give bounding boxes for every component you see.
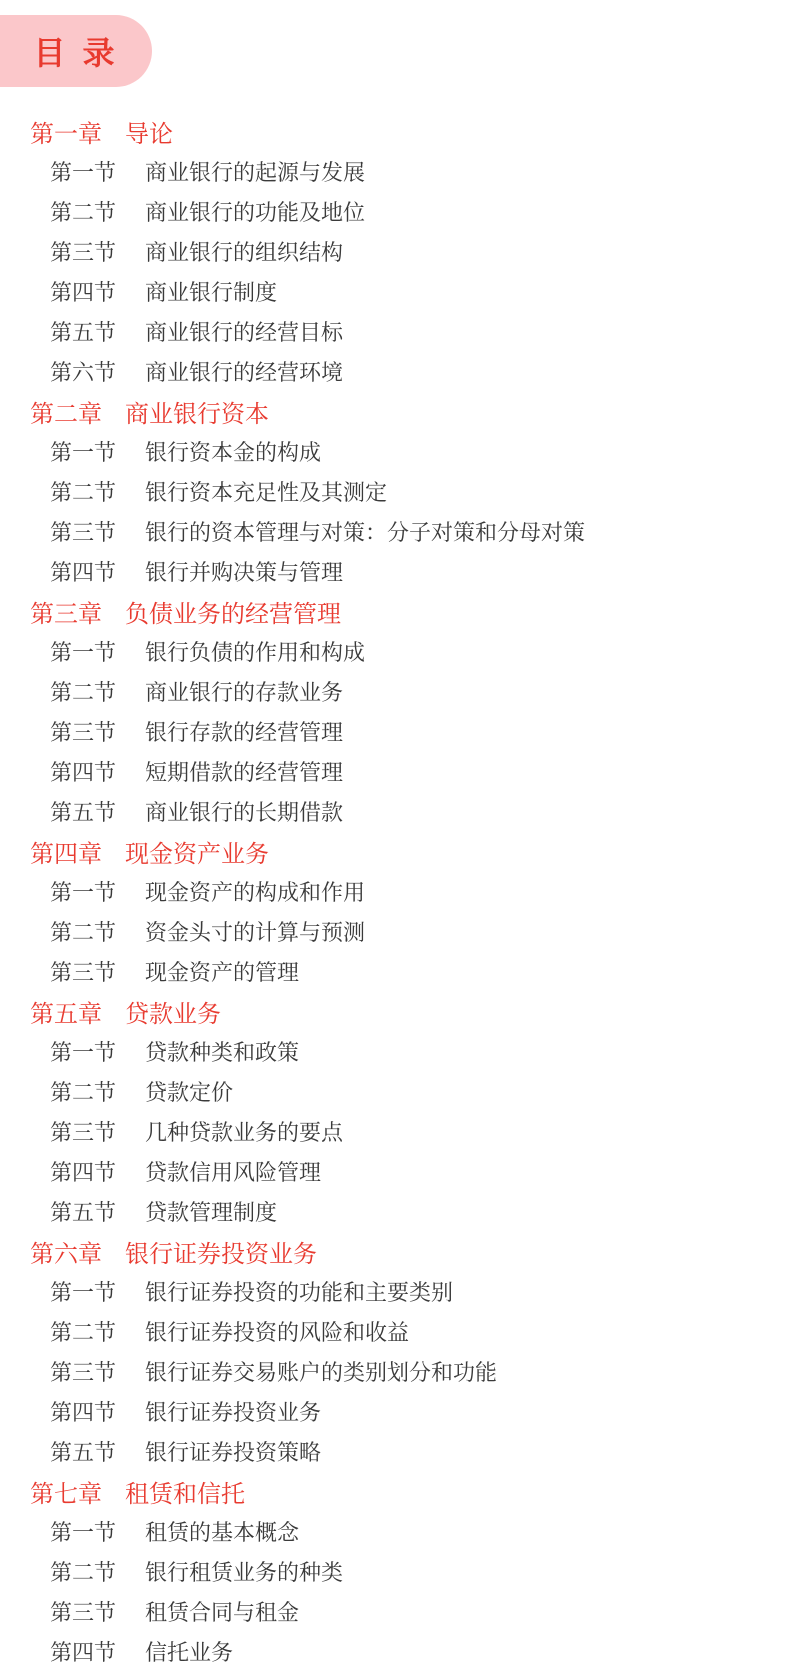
section-label: 第六节 [50, 356, 145, 387]
section-label: 第四节 [50, 1156, 145, 1187]
section-label: 第四节 [50, 1636, 145, 1667]
section-row[interactable]: 第二节资金头寸的计算与预测 [0, 911, 790, 951]
section-title: 贷款管理制度 [145, 1196, 277, 1227]
section-row[interactable]: 第三节商业银行的组织结构 [0, 231, 790, 271]
section-row[interactable]: 第二节商业银行的功能及地位 [0, 191, 790, 231]
chapter-label: 第三章 [30, 594, 125, 629]
section-row[interactable]: 第一节银行资本金的构成 [0, 431, 790, 471]
chapter-title: 租赁和信托 [125, 1474, 245, 1509]
section-row[interactable]: 第五节商业银行的长期借款 [0, 791, 790, 831]
section-label: 第四节 [50, 276, 145, 307]
section-row[interactable]: 第二节贷款定价 [0, 1071, 790, 1111]
section-label: 第三节 [50, 1356, 145, 1387]
section-label: 第五节 [50, 796, 145, 827]
section-label: 第一节 [50, 1516, 145, 1547]
section-label: 第三节 [50, 956, 145, 987]
toc-title-badge: 目 录 [0, 15, 152, 87]
section-label: 第二节 [50, 1316, 145, 1347]
chapter-label: 第七章 [30, 1474, 125, 1509]
section-row[interactable]: 第一节银行负债的作用和构成 [0, 631, 790, 671]
section-title: 银行资本金的构成 [145, 436, 321, 467]
section-label: 第一节 [50, 156, 145, 187]
section-label: 第二节 [50, 676, 145, 707]
chapter-row[interactable]: 第五章贷款业务 [0, 991, 790, 1031]
section-row[interactable]: 第二节银行资本充足性及其测定 [0, 471, 790, 511]
section-title: 贷款定价 [145, 1076, 233, 1107]
section-label: 第五节 [50, 316, 145, 347]
section-title: 银行证券投资的风险和收益 [145, 1316, 409, 1347]
section-label: 第四节 [50, 756, 145, 787]
section-title: 租赁的基本概念 [145, 1516, 299, 1547]
chapter-row[interactable]: 第六章银行证券投资业务 [0, 1231, 790, 1271]
section-row[interactable]: 第三节租赁合同与租金 [0, 1591, 790, 1631]
chapter-title: 商业银行资本 [125, 394, 269, 429]
toc-page: { "header": { "badge_label": "目 录" }, "c… [0, 0, 790, 1673]
section-label: 第一节 [50, 636, 145, 667]
section-label: 第五节 [50, 1196, 145, 1227]
section-title: 银行证券投资业务 [145, 1396, 321, 1427]
section-label: 第二节 [50, 1556, 145, 1587]
section-title: 银行资本充足性及其测定 [145, 476, 387, 507]
section-row[interactable]: 第二节银行租赁业务的种类 [0, 1551, 790, 1591]
section-label: 第一节 [50, 436, 145, 467]
section-title: 银行证券投资的功能和主要类别 [145, 1276, 453, 1307]
section-row[interactable]: 第五节商业银行的经营目标 [0, 311, 790, 351]
section-label: 第三节 [50, 1116, 145, 1147]
section-label: 第二节 [50, 916, 145, 947]
section-title: 商业银行的组织结构 [145, 236, 343, 267]
section-label: 第二节 [50, 196, 145, 227]
chapter-row[interactable]: 第二章商业银行资本 [0, 391, 790, 431]
section-row[interactable]: 第二节银行证券投资的风险和收益 [0, 1311, 790, 1351]
section-row[interactable]: 第一节商业银行的起源与发展 [0, 151, 790, 191]
section-title: 商业银行的存款业务 [145, 676, 343, 707]
section-title: 商业银行制度 [145, 276, 277, 307]
section-title: 银行并购决策与管理 [145, 556, 343, 587]
chapter-title: 负债业务的经营管理 [125, 594, 341, 629]
section-row[interactable]: 第四节银行证券投资业务 [0, 1391, 790, 1431]
section-label: 第二节 [50, 476, 145, 507]
section-row[interactable]: 第一节银行证券投资的功能和主要类别 [0, 1271, 790, 1311]
section-title: 商业银行的长期借款 [145, 796, 343, 827]
section-title: 资金头寸的计算与预测 [145, 916, 365, 947]
section-label: 第二节 [50, 1076, 145, 1107]
section-row[interactable]: 第四节短期借款的经营管理 [0, 751, 790, 791]
section-row[interactable]: 第一节租赁的基本概念 [0, 1511, 790, 1551]
section-label: 第三节 [50, 1596, 145, 1627]
section-label: 第三节 [50, 516, 145, 547]
section-title: 银行证券投资策略 [145, 1436, 321, 1467]
table-of-contents: 第一章导论第一节商业银行的起源与发展第二节商业银行的功能及地位第三节商业银行的组… [0, 111, 790, 1671]
section-label: 第五节 [50, 1436, 145, 1467]
section-label: 第一节 [50, 1036, 145, 1067]
section-label: 第三节 [50, 236, 145, 267]
chapter-title: 现金资产业务 [125, 834, 269, 869]
section-row[interactable]: 第一节现金资产的构成和作用 [0, 871, 790, 911]
section-label: 第三节 [50, 716, 145, 747]
section-row[interactable]: 第三节现金资产的管理 [0, 951, 790, 991]
section-title: 银行存款的经营管理 [145, 716, 343, 747]
section-row[interactable]: 第二节商业银行的存款业务 [0, 671, 790, 711]
section-title: 银行的资本管理与对策：分子对策和分母对策 [145, 516, 585, 547]
section-title: 贷款信用风险管理 [145, 1156, 321, 1187]
section-title: 商业银行的经营目标 [145, 316, 343, 347]
chapter-title: 银行证券投资业务 [125, 1234, 317, 1269]
section-title: 短期借款的经营管理 [145, 756, 343, 787]
section-label: 第四节 [50, 556, 145, 587]
section-title: 几种贷款业务的要点 [145, 1116, 343, 1147]
section-title: 现金资产的构成和作用 [145, 876, 365, 907]
section-row[interactable]: 第一节贷款种类和政策 [0, 1031, 790, 1071]
chapter-label: 第五章 [30, 994, 125, 1029]
section-title: 银行负债的作用和构成 [145, 636, 365, 667]
section-row[interactable]: 第六节商业银行的经营环境 [0, 351, 790, 391]
chapter-row[interactable]: 第一章导论 [0, 111, 790, 151]
section-row[interactable]: 第五节银行证券投资策略 [0, 1431, 790, 1471]
chapter-row[interactable]: 第四章现金资产业务 [0, 831, 790, 871]
toc-title-text: 目 录 [34, 28, 119, 74]
chapter-title: 贷款业务 [125, 994, 221, 1029]
chapter-row[interactable]: 第三章负债业务的经营管理 [0, 591, 790, 631]
section-title: 贷款种类和政策 [145, 1036, 299, 1067]
section-row[interactable]: 第三节几种贷款业务的要点 [0, 1111, 790, 1151]
section-row[interactable]: 第四节商业银行制度 [0, 271, 790, 311]
chapter-title: 导论 [125, 114, 173, 149]
section-title: 银行租赁业务的种类 [145, 1556, 343, 1587]
section-row[interactable]: 第四节信托业务 [0, 1631, 790, 1671]
section-label: 第一节 [50, 876, 145, 907]
section-row[interactable]: 第三节银行证券交易账户的类别划分和功能 [0, 1351, 790, 1391]
section-title: 现金资产的管理 [145, 956, 299, 987]
section-label: 第四节 [50, 1396, 145, 1427]
chapter-label: 第一章 [30, 114, 125, 149]
section-row[interactable]: 第三节银行的资本管理与对策：分子对策和分母对策 [0, 511, 790, 551]
section-row[interactable]: 第四节银行并购决策与管理 [0, 551, 790, 591]
section-title: 租赁合同与租金 [145, 1596, 299, 1627]
section-title: 信托业务 [145, 1636, 233, 1667]
section-label: 第一节 [50, 1276, 145, 1307]
chapter-label: 第六章 [30, 1234, 125, 1269]
chapter-label: 第二章 [30, 394, 125, 429]
chapter-label: 第四章 [30, 834, 125, 869]
section-row[interactable]: 第三节银行存款的经营管理 [0, 711, 790, 751]
section-title: 商业银行的功能及地位 [145, 196, 365, 227]
chapter-row[interactable]: 第七章租赁和信托 [0, 1471, 790, 1511]
section-row[interactable]: 第四节贷款信用风险管理 [0, 1151, 790, 1191]
section-title: 商业银行的经营环境 [145, 356, 343, 387]
section-title: 银行证券交易账户的类别划分和功能 [145, 1356, 497, 1387]
section-row[interactable]: 第五节贷款管理制度 [0, 1191, 790, 1231]
section-title: 商业银行的起源与发展 [145, 156, 365, 187]
